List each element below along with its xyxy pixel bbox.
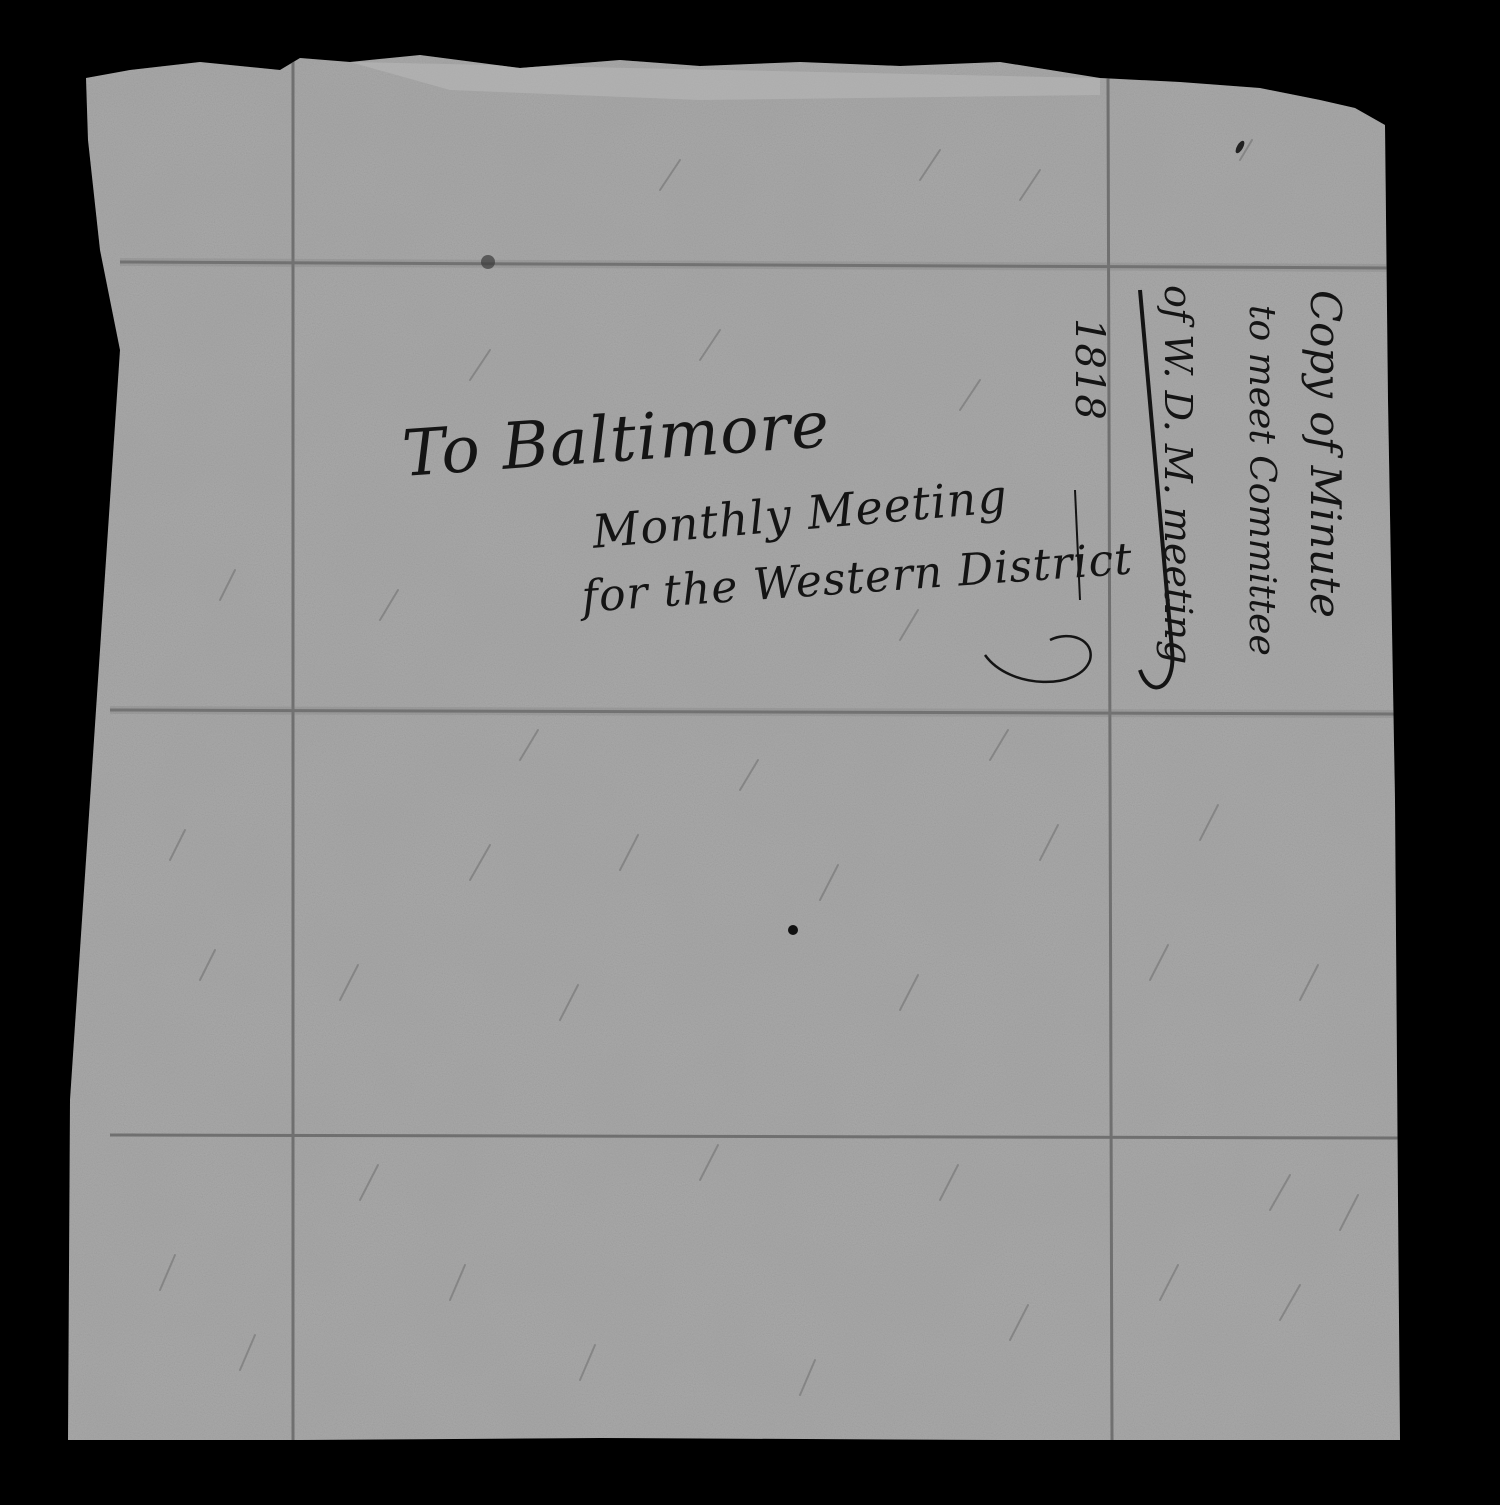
endorsement-line-copy-of-minute: Copy of Minute (1301, 290, 1350, 618)
endorsement-line-meeting: of W. D. M. meeting (1156, 285, 1200, 664)
endorsement-year: 1818 (1066, 318, 1112, 420)
paper-sheet (0, 0, 1500, 1505)
endorsement-line-committee: to meet Committee (1241, 305, 1282, 656)
